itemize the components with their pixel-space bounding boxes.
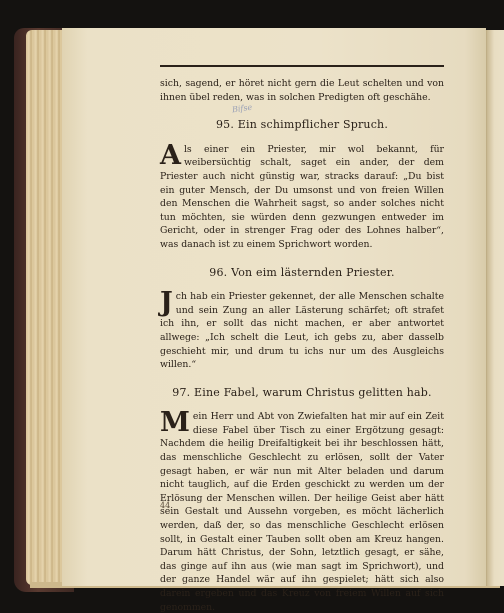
dropcap: A bbox=[160, 144, 181, 168]
section-body-95: Als einer ein Priester, mir wol bekannt,… bbox=[160, 143, 444, 252]
header-rule bbox=[160, 65, 444, 67]
continuation-paragraph: sich, sagend, er höret nicht gern die Le… bbox=[160, 77, 444, 104]
section-heading-96: 96. Von eim lästernden Priester. bbox=[160, 266, 444, 280]
page-number: 44 bbox=[160, 501, 170, 510]
section-heading-95: 95. Ein schimpflicher Spruch. bbox=[160, 118, 444, 132]
section-text: ch hab ein Priester gekennet, der alle M… bbox=[160, 291, 444, 370]
dropcap: M bbox=[160, 411, 190, 435]
text-column: sich, sagend, er höret nicht gern die Le… bbox=[160, 65, 444, 613]
facing-page-edge bbox=[486, 30, 504, 586]
section-text: ls einer ein Priester, mir wol bekannt, … bbox=[160, 144, 444, 250]
section-body-97: Mein Herr und Abt von Zwiefalten hat mir… bbox=[160, 410, 444, 613]
dropcap: J bbox=[160, 291, 173, 315]
section-body-96: Jch hab ein Priester gekennet, der alle … bbox=[160, 290, 444, 372]
page-edges bbox=[26, 30, 66, 585]
section-text: ein Herr und Abt von Zwiefalten hat mir … bbox=[160, 411, 444, 612]
section-heading-97: 97. Eine Fabel, warum Christus gelitten … bbox=[160, 386, 444, 400]
